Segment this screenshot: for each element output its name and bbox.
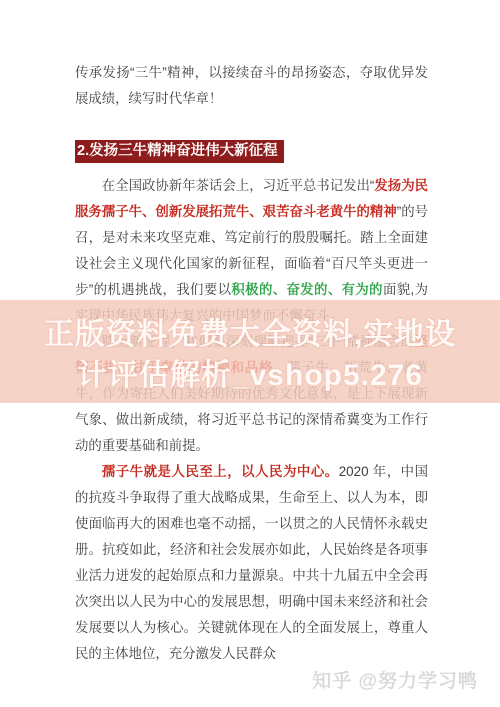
watermark-text-line2: 计评估解析_vshop5.276 (0, 355, 500, 396)
intro-paragraph: 传承发扬“三牛”精神，以接续奋斗的昂扬姿态，夺取优异发展成绩，续写时代华章！ (75, 60, 428, 112)
para1-lead-text: 在全国政协新年茶话会上，习近平总书记发出“ (102, 178, 375, 193)
para1-green-highlight: 积极的、奋发的、有为的 (231, 282, 383, 297)
watermark-text-line1: 正版资料免费大全资料,实地设 (0, 314, 500, 355)
paragraph-3: 孺子牛就是人民至上，以人民为中心。2020 年，中国的抗疫斗争取得了重大战略成果… (75, 459, 428, 667)
zhihu-credit-watermark: 知乎 @努力学习鸭 (312, 666, 478, 693)
para3-body-text: 2020 年，中国的抗疫斗争取得了重大战略成果，生命至上、以人为本，即使面临再大… (75, 464, 428, 661)
section-header: 2.发扬三牛精神奋进伟大新征程 (75, 140, 284, 163)
watermark-band: 正版资料免费大全资料,实地设 计评估解析_vshop5.276 (0, 300, 500, 403)
article-page: 传承发扬“三牛”精神，以接续奋斗的昂扬姿态，夺取优异发展成绩，续写时代华章！ 2… (0, 0, 500, 707)
section-header-label: 2.发扬三牛精神奋进伟大新征程 (77, 143, 278, 159)
para3-red-lead: 孺子牛就是人民至上，以人民为中心。 (102, 464, 339, 479)
